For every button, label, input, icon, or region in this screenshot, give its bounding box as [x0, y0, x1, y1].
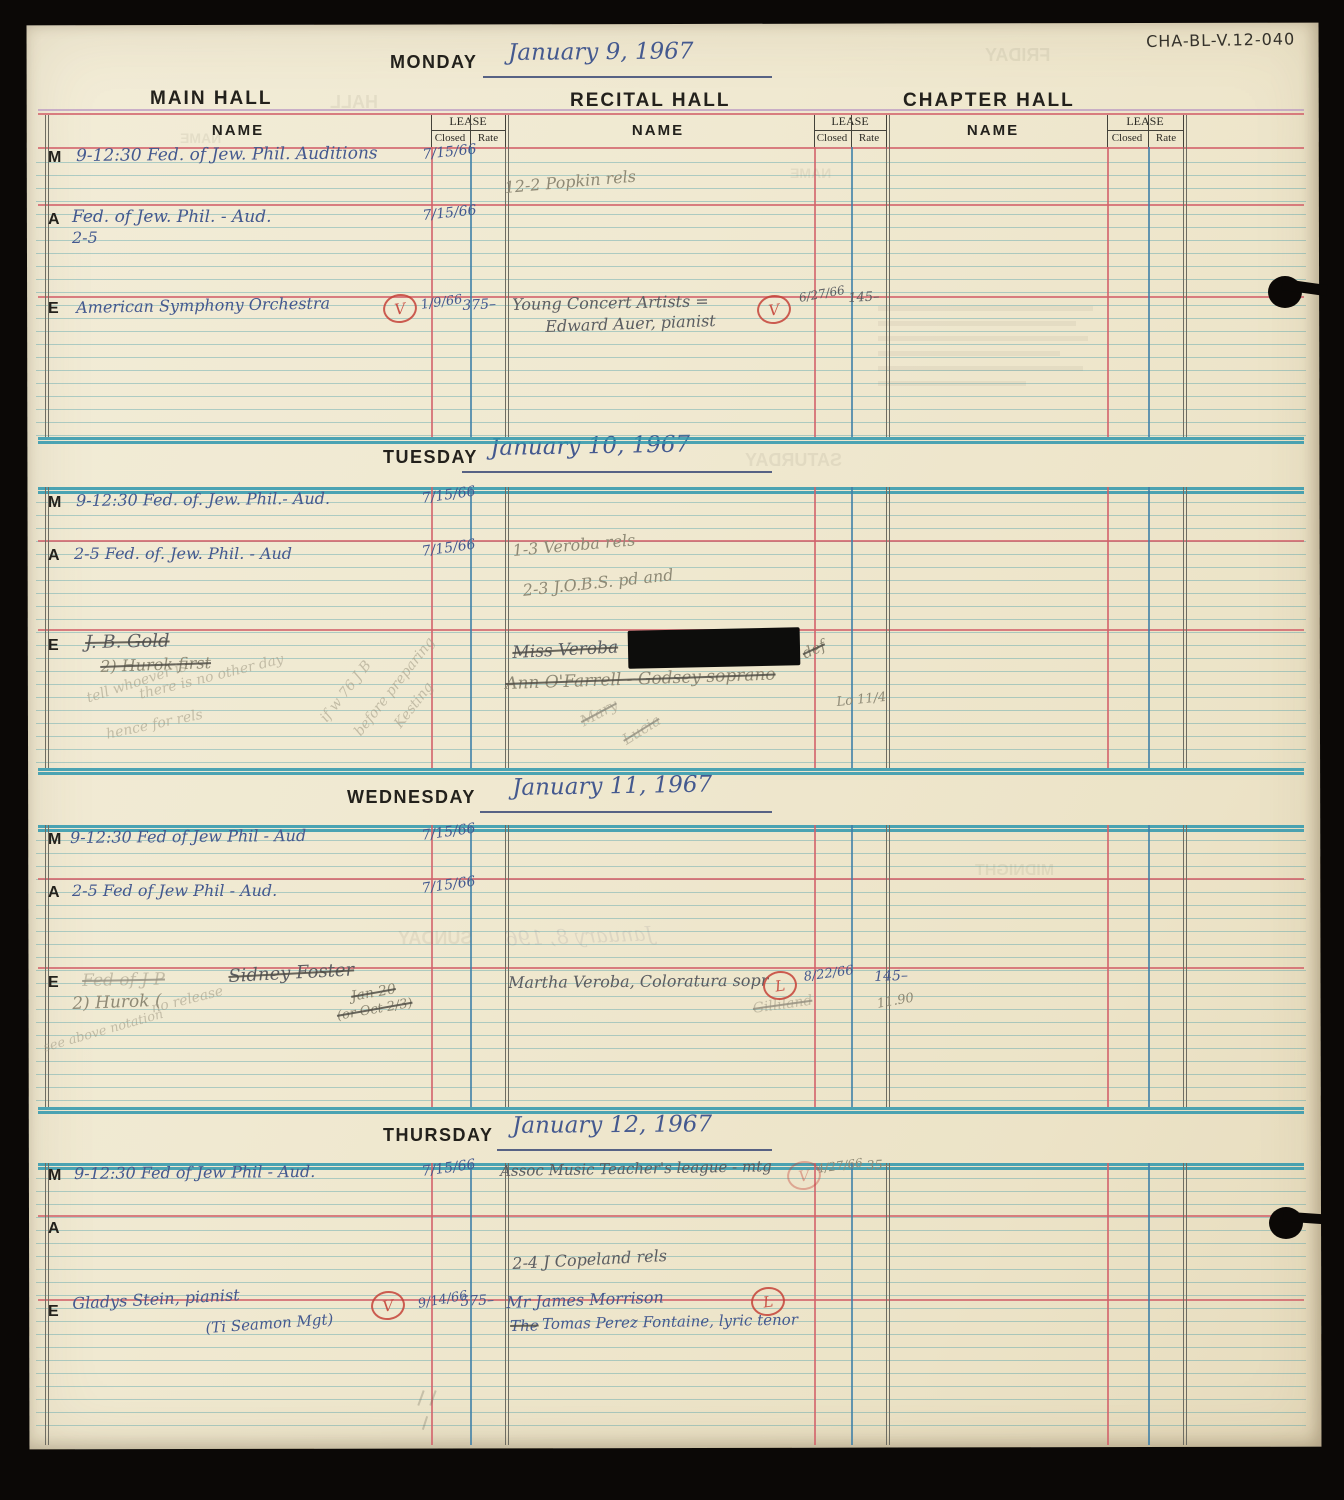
lease-header: LEASE: [831, 114, 868, 129]
row-letter: M: [48, 494, 61, 512]
grid-line: [1107, 147, 1109, 437]
day-date-wednesday: January 11, 1967: [512, 774, 712, 800]
grid-line: [1107, 1163, 1109, 1445]
closed-header: Closed: [1112, 132, 1143, 144]
row-letter: A: [48, 211, 60, 229]
grid-line: [38, 772, 1304, 775]
grid-line: [505, 825, 509, 1107]
handwritten-entry: Tomas Perez Fontaine, lyric tenor: [542, 1313, 798, 1332]
handwritten-entry: Young Concert Artists =: [512, 294, 709, 313]
handwritten-entry: 145–: [874, 969, 908, 984]
grid-line: [38, 437, 1304, 440]
grid-line: [1148, 487, 1150, 768]
row-letter: A: [48, 547, 60, 565]
hall-title-main: MAIN HALL: [150, 88, 272, 110]
day-label-wednesday: WEDNESDAY: [347, 787, 476, 808]
grid-line: [886, 1163, 890, 1445]
row-letter: E: [48, 974, 59, 992]
lease-box-border: [431, 115, 432, 147]
grid-line: [431, 147, 433, 437]
lease-box-border: [886, 115, 887, 147]
bleedthrough-bar: [878, 381, 1026, 386]
grid-line: [1148, 1163, 1150, 1445]
date-underline: [480, 811, 772, 813]
handwritten-entry: 9-12:30 Fed. of Jew. Phil. Auditions: [76, 145, 378, 165]
name-column-header: NAME: [632, 122, 684, 139]
grid-line: [1183, 825, 1187, 1107]
handwritten-entry: American Symphony Orchestra: [76, 296, 330, 316]
handwritten-entry: 35–: [866, 1159, 890, 1173]
grid-line: [470, 825, 472, 1107]
grid-line: [886, 825, 890, 1107]
grid-line: [470, 487, 472, 768]
handwritten-entry: 2-5 Fed of Jew Phil - Aud.: [72, 883, 277, 899]
handwritten-entry: 9-12:30 Fed. of. Jew. Phil.- Aud.: [76, 491, 330, 509]
rate-header: Rate: [478, 132, 498, 144]
grid-line: [431, 487, 433, 768]
handwritten-entry: 2-5: [72, 230, 98, 246]
grid-line: [45, 487, 49, 768]
grid-line: [38, 1111, 1304, 1114]
row-letter: A: [48, 1220, 60, 1238]
handwritten-entry: 375–: [462, 297, 496, 313]
handwritten-entry: 9-12:30 Fed of Jew Phil - Aud.: [74, 1164, 315, 1182]
handwritten-entry: J. B. Gold: [85, 633, 170, 652]
archive-id: CHA-BL-V.12-040: [1146, 31, 1295, 50]
grid-line: [886, 115, 890, 437]
lease-box-divider: [814, 130, 886, 131]
grid-line: [851, 487, 853, 768]
grid-line: [505, 115, 509, 437]
bleedthrough-bar: [878, 366, 1083, 371]
row-letter: M: [48, 149, 61, 167]
grid-line: [38, 540, 1304, 542]
bleedthrough-text: HALL: [330, 92, 378, 113]
lease-header: LEASE: [449, 114, 486, 129]
name-column-header: NAME: [967, 122, 1019, 139]
grid-line: [38, 768, 1304, 771]
grid-line: [470, 147, 472, 437]
bleedthrough-text: NAME: [180, 130, 221, 146]
row-letter: M: [48, 831, 61, 849]
day-label-monday: MONDAY: [390, 52, 477, 73]
row-letter: E: [48, 637, 59, 655]
grid-line: [505, 487, 509, 768]
date-underline: [497, 1149, 772, 1151]
grid-line: [38, 109, 1304, 111]
grid-line: [1183, 487, 1187, 768]
day-date-thursday: January 12, 1967: [512, 1113, 712, 1138]
rate-header: Rate: [859, 132, 879, 144]
bleedthrough-text: MIDNIGHT: [975, 862, 1054, 880]
handwritten-entry: Fed of J P: [82, 972, 165, 990]
grid-line: [1148, 825, 1150, 1107]
lease-box-border: [1148, 115, 1149, 147]
grid-line: [814, 825, 816, 1107]
bleedthrough-text: FRIDAY: [985, 45, 1050, 66]
grid-line: [45, 825, 49, 1107]
grid-line: [1183, 1163, 1187, 1445]
grid-line: [1107, 487, 1109, 768]
handwritten-entry: Fed. of Jew. Phil. - Aud.: [72, 209, 272, 226]
handwritten-entry: 9-12:30 Fed of Jew Phil - Aud: [70, 828, 306, 846]
row-letter: M: [48, 1167, 61, 1185]
lease-box-border: [1107, 115, 1108, 147]
grid-line: [1183, 115, 1187, 437]
bleedthrough-bar: [878, 351, 1060, 356]
bleedthrough-bar: [878, 306, 1093, 311]
grid-line: [38, 878, 1304, 880]
rate-header: Rate: [1156, 132, 1176, 144]
grid-line: [431, 825, 433, 1107]
lease-box-border: [814, 115, 815, 147]
grid-line: [38, 1107, 1304, 1110]
day-label-tuesday: TUESDAY: [383, 447, 478, 468]
handwritten-entry: 575–: [460, 1293, 494, 1309]
lease-box-divider: [431, 130, 505, 131]
day-date-monday: January 9, 1967: [508, 40, 694, 65]
handwritten-entry: 2-5 Fed. of. Jew. Phil. - Aud: [74, 546, 292, 562]
handwritten-entry: The: [510, 1319, 539, 1334]
bleedthrough-text: SATURDAY: [745, 450, 842, 471]
day-label-thursday: THURSDAY: [383, 1125, 493, 1146]
redaction-box: [628, 627, 801, 669]
grid-line: [814, 1163, 816, 1445]
lease-header: LEASE: [1126, 114, 1163, 129]
bleedthrough-text: NAME: [790, 165, 831, 181]
grid-line: [38, 1215, 1304, 1217]
row-letter: A: [48, 884, 60, 902]
date-underline: [483, 76, 772, 78]
bleedthrough-bar: [878, 336, 1088, 341]
grid-line: [814, 487, 816, 768]
bleedthrough-text: SUNDAY: [398, 928, 472, 949]
row-letter: E: [48, 1303, 59, 1321]
lease-box-divider: [1107, 130, 1183, 131]
handwritten-entry: 145–: [848, 290, 880, 305]
handwritten-entry: Martha Veroba, Coloratura sopr: [508, 973, 768, 991]
scanned-ledger-page: { "document": { "archive_id": "CHA-BL-V.…: [0, 0, 1344, 1500]
date-underline: [462, 471, 772, 473]
bleedthrough-bar: [878, 321, 1076, 326]
grid-line: [38, 204, 1304, 206]
grid-line: [1107, 825, 1109, 1107]
grid-line: [38, 441, 1304, 444]
grid-line: [886, 487, 890, 768]
lease-box-border: [1183, 115, 1184, 147]
row-letter: E: [48, 300, 59, 318]
grid-line: [38, 113, 1304, 115]
closed-header: Closed: [817, 132, 848, 144]
lease-box-border: [851, 115, 852, 147]
grid-line: [1148, 147, 1150, 437]
page-content: CHA-BL-V.12-040 MONDAY January 9, 1967 T…: [0, 0, 1344, 1500]
lease-box-border: [505, 115, 506, 147]
grid-line: [851, 1163, 853, 1445]
